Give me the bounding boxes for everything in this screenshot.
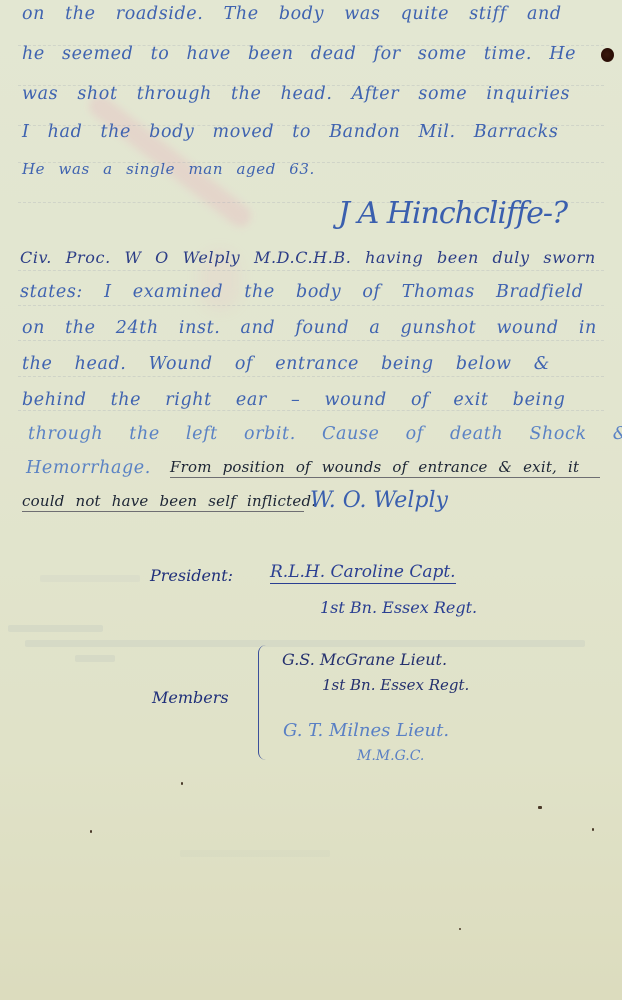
punch-hole bbox=[601, 48, 614, 62]
deposition-1-line-2: he seemed to have been dead for some tim… bbox=[22, 44, 576, 64]
paper-speck bbox=[90, 830, 92, 833]
ruled-line bbox=[18, 340, 604, 341]
deposition-2-line-5: behind the right ear – wound of exit bei… bbox=[22, 390, 565, 410]
bleed-through-text bbox=[75, 655, 115, 662]
paper-speck bbox=[459, 928, 461, 930]
deposition-2-line-1: Civ. Proc. W O Welply M.D.C.H.B. having … bbox=[20, 248, 596, 267]
member-1-unit: 1st Bn. Essex Regt. bbox=[322, 676, 469, 694]
deposition-2-addition-1: From position of wounds of entrance & ex… bbox=[170, 458, 600, 478]
members-brace-bottom bbox=[258, 700, 267, 760]
paper-speck bbox=[538, 806, 542, 809]
ruled-line bbox=[18, 270, 604, 271]
signature-1: J A Hinchcliffe-? bbox=[338, 196, 567, 231]
member-2-unit: M.M.G.C. bbox=[357, 748, 424, 764]
deposition-2-line-7-start: Hemorrhage. bbox=[26, 458, 151, 478]
members-brace-top bbox=[258, 645, 267, 700]
deposition-2-addition-2: could not have been self inflicted. bbox=[22, 492, 304, 512]
deposition-1-line-3: was shot through the head. After some in… bbox=[22, 84, 570, 104]
deposition-1-line-4: I had the body moved to Bandon Mil. Barr… bbox=[22, 122, 558, 142]
member-2-name: G. T. Milnes Lieut. bbox=[283, 720, 449, 741]
bleed-through-text bbox=[40, 575, 140, 582]
president-name: R.L.H. Caroline Capt. bbox=[270, 562, 456, 584]
paper-speck bbox=[592, 828, 594, 831]
ruled-line bbox=[18, 410, 604, 411]
document-page: on the roadside. The body was quite stif… bbox=[0, 0, 622, 1000]
deposition-1-line-5: He was a single man aged 63. bbox=[22, 160, 315, 178]
deposition-2-line-4: the head. Wound of entrance being below … bbox=[22, 354, 550, 374]
president-label: President: bbox=[150, 566, 233, 585]
deposition-2-line-2: states: I examined the body of Thomas Br… bbox=[20, 282, 584, 302]
deposition-1-line-1: on the roadside. The body was quite stif… bbox=[22, 4, 562, 24]
ruled-line bbox=[18, 305, 604, 306]
ruled-line bbox=[18, 376, 604, 377]
paper-speck bbox=[181, 782, 183, 785]
signature-2: W. O. Welply bbox=[310, 488, 448, 513]
bleed-through-text bbox=[25, 640, 585, 647]
members-label: Members bbox=[152, 688, 229, 707]
bleed-through-text bbox=[180, 850, 330, 857]
bleed-through-text bbox=[8, 625, 103, 632]
deposition-2-line-3: on the 24th inst. and found a gunshot wo… bbox=[22, 318, 597, 338]
member-1-name: G.S. McGrane Lieut. bbox=[282, 650, 447, 669]
president-unit: 1st Bn. Essex Regt. bbox=[320, 598, 477, 617]
deposition-2-line-6: through the left orbit. Cause of death S… bbox=[28, 424, 622, 444]
